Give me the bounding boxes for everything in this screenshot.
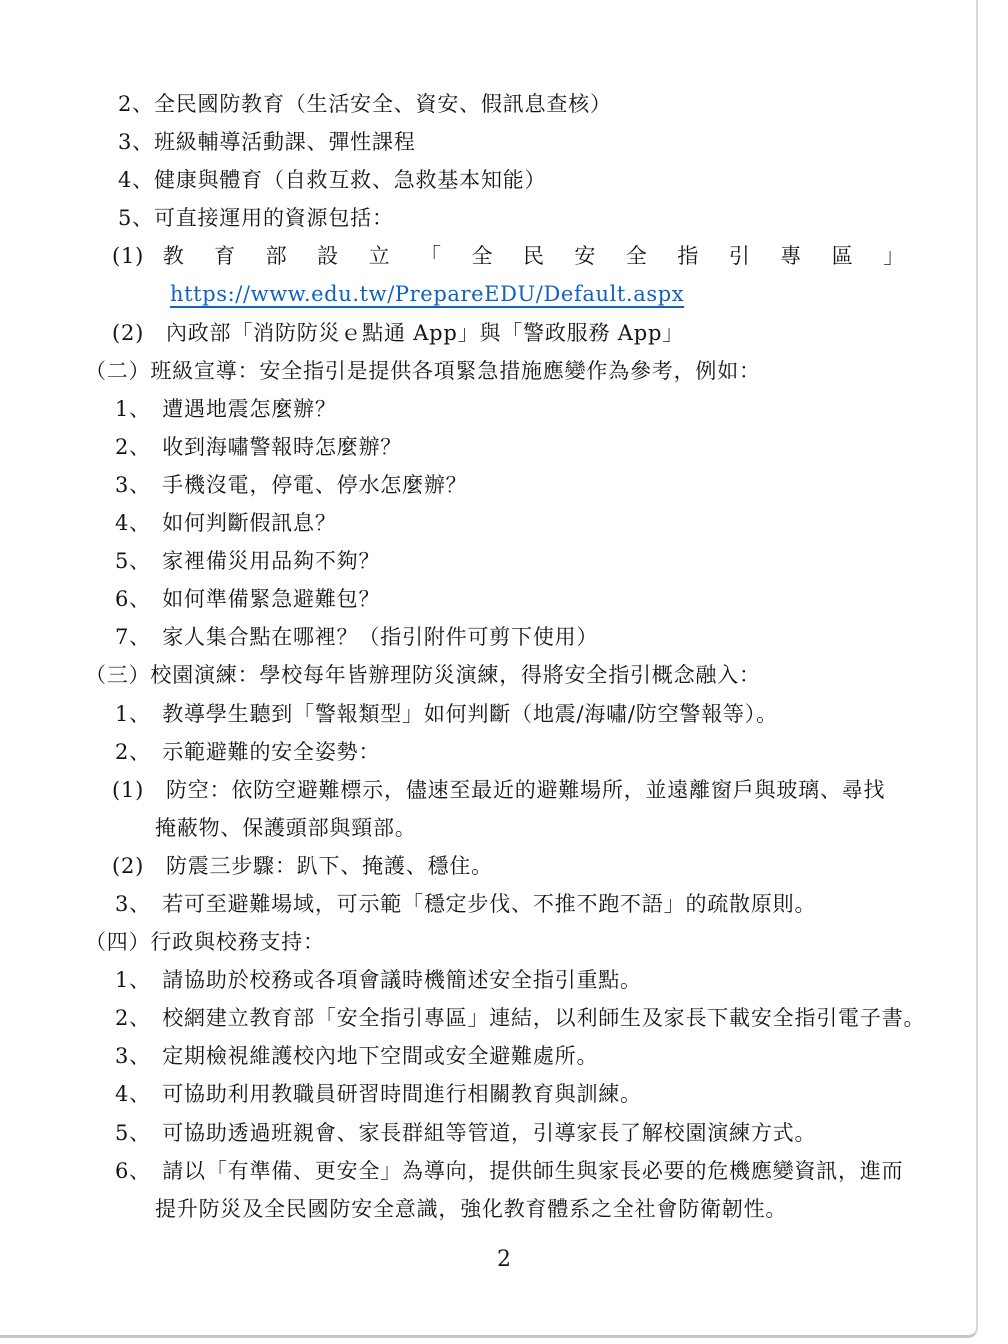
list-item-health-pe: 4、健康與體育（自救互救、急救基本知能）	[0, 161, 1008, 199]
list-item-moe-safety-zone-justified: (1) 教 育 部 設 立 「 全 民 安 全 指 引 專 區 」	[0, 237, 905, 275]
link-line: https://www.edu.tw/PrepareEDU/Default.as…	[0, 275, 1008, 313]
list-item-national-defense-education: 2、全民國防教育（生活安全、資安、假訊息查核）	[0, 85, 1008, 123]
list-item-resources-intro: 5、可直接運用的資源包括：	[0, 199, 1008, 237]
posture-air-raid-line2: 掩蔽物、保護頭部與頸部。	[0, 809, 1008, 847]
drill-item-evacuation-principle: 3、 若可至避難場域，可示範「穩定步伐、不推不跑不語」的疏散原則。	[0, 885, 1008, 923]
section-heading-class-promotion: （二）班級宣導：安全指引是提供各項緊急措施應變作為參考，例如：	[0, 352, 1008, 390]
question-fake-news: 4、 如何判斷假訊息？	[0, 504, 1008, 542]
admin-item-parent-groups: 5、 可協助透過班親會、家長群組等管道，引導家長了解校園演練方式。	[0, 1114, 1008, 1152]
drill-item-safe-postures: 2、 示範避難的安全姿勢：	[0, 733, 1008, 771]
section-heading-admin-support: （四）行政與校務支持：	[0, 923, 1008, 961]
drill-item-alarm-types: 1、 教導學生聽到「警報類型」如何判斷（地震/海嘯/防空警報等）。	[0, 695, 1008, 733]
admin-item-prepared-safer-line1: 6、 請以「有準備、更安全」為導向，提供師生與家長必要的危機應變資訊，進而	[0, 1152, 1008, 1190]
question-family-meeting-point: 7、 家人集合點在哪裡？（指引附件可剪下使用）	[0, 618, 1008, 656]
question-earthquake: 1、 遭遇地震怎麼辦？	[0, 390, 1008, 428]
question-tsunami-alert: 2、 收到海嘯警報時怎麼辦？	[0, 428, 1008, 466]
document-body: 2、全民國防教育（生活安全、資安、假訊息查核） 3、班級輔導活動課、彈性課程 4…	[0, 85, 1008, 1228]
admin-item-brief-meetings: 1、 請協助於校務或各項會議時機簡述安全指引重點。	[0, 961, 1008, 999]
question-emergency-kit: 6、 如何準備緊急避難包？	[0, 580, 1008, 618]
page-number: 2	[0, 1247, 1008, 1272]
admin-item-prepared-safer-line2: 提升防災及全民國防安全意識，強化教育體系之全社會防衛韌性。	[0, 1190, 1008, 1228]
admin-item-inspect-shelters: 3、 定期檢視維護校內地下空間或安全避難處所。	[0, 1037, 1008, 1075]
list-item-class-guidance-course: 3、班級輔導活動課、彈性課程	[0, 123, 1008, 161]
question-home-supplies: 5、 家裡備災用品夠不夠？	[0, 542, 1008, 580]
admin-item-staff-training: 4、 可協助利用教職員研習時間進行相關教育與訓練。	[0, 1075, 1008, 1113]
question-power-water-outage: 3、 手機沒電，停電、停水怎麼辦？	[0, 466, 1008, 504]
posture-earthquake-three-steps: (2) 防震三步驟：趴下、掩護、穩住。	[0, 847, 1008, 885]
admin-item-school-site-link: 2、 校網建立教育部「安全指引專區」連結，以利師生及家長下載安全指引電子書。	[0, 999, 1008, 1037]
posture-air-raid-line1: (1) 防空：依防空避難標示，儘速至最近的避難場所，並遠離窗戶與玻璃、尋找	[0, 771, 1008, 809]
section-heading-campus-drill: （三）校園演練：學校每年皆辦理防災演練，得將安全指引概念融入：	[0, 656, 1008, 694]
list-item-moi-apps: (2) 內政部「消防防災ｅ點通 App」與「警政服務 App」	[0, 314, 1008, 352]
edu-safety-url-link[interactable]: https://www.edu.tw/PrepareEDU/Default.as…	[170, 282, 684, 306]
